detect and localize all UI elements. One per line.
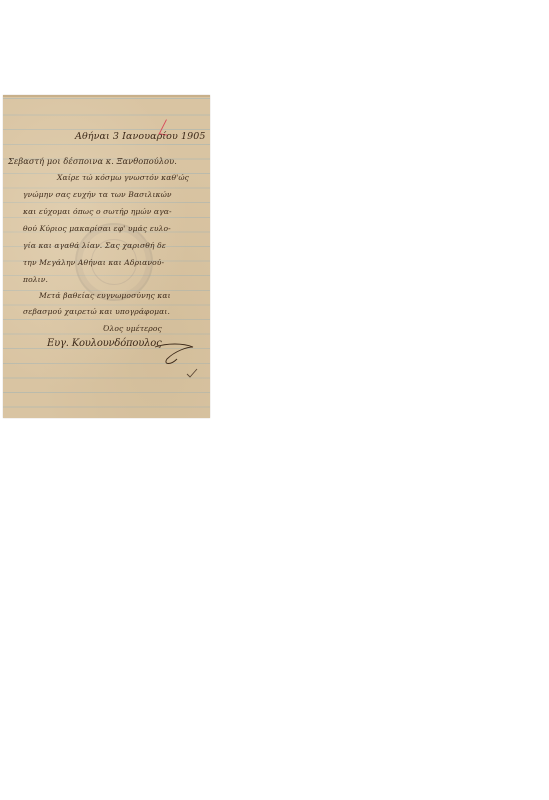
body-line-5: γία και αγαθά λίαν. Σας χαρισθή δε: [23, 242, 166, 250]
body-line-1: Χαίρε τώ κόσμω γνωστόν καθ'ώς: [57, 174, 189, 182]
pencil-tick-mark-icon: [186, 368, 198, 378]
body-line-4: θού Κύριος μακαρίσαι εφ' υμάς ευλο-: [23, 225, 171, 233]
body-line-6: την Μεγάλην Αθήναι και Αδριανού-: [23, 259, 164, 267]
body-line-2: γνώμην σας ευχήν τα των Βασιλικών: [23, 191, 172, 199]
letter-date: Αθήναι 3 Ιανουαρίου 1905: [75, 132, 203, 142]
paper-top-edge: [3, 95, 210, 97]
letter-salutation: Σεβαστή μοι δέσποινα κ. Ξανθοπούλου.: [8, 157, 177, 165]
body-line-3: και εύχομαι όπως ο σωτήρ ημών αγα-: [23, 208, 172, 216]
valediction: Όλος υμέτερος: [103, 325, 162, 333]
signature: Ευγ. Κουλουνδόπουλος: [47, 339, 161, 349]
letter-scan: Αθήναι 3 Ιανουαρίου 1905 Σεβαστή μοι δέσ…: [3, 95, 210, 418]
closing-line-2: σεβασμού χαιρετώ και υπογράφομαι.: [23, 308, 170, 316]
body-line-7: πολιν.: [23, 276, 48, 284]
page: Αθήναι 3 Ιανουαρίου 1905 Σεβαστή μοι δέσ…: [0, 0, 549, 800]
signature-flourish-icon: [153, 341, 197, 367]
closing-line-1: Μετά βαθείας ευγνωμοσύνης και: [39, 292, 171, 300]
